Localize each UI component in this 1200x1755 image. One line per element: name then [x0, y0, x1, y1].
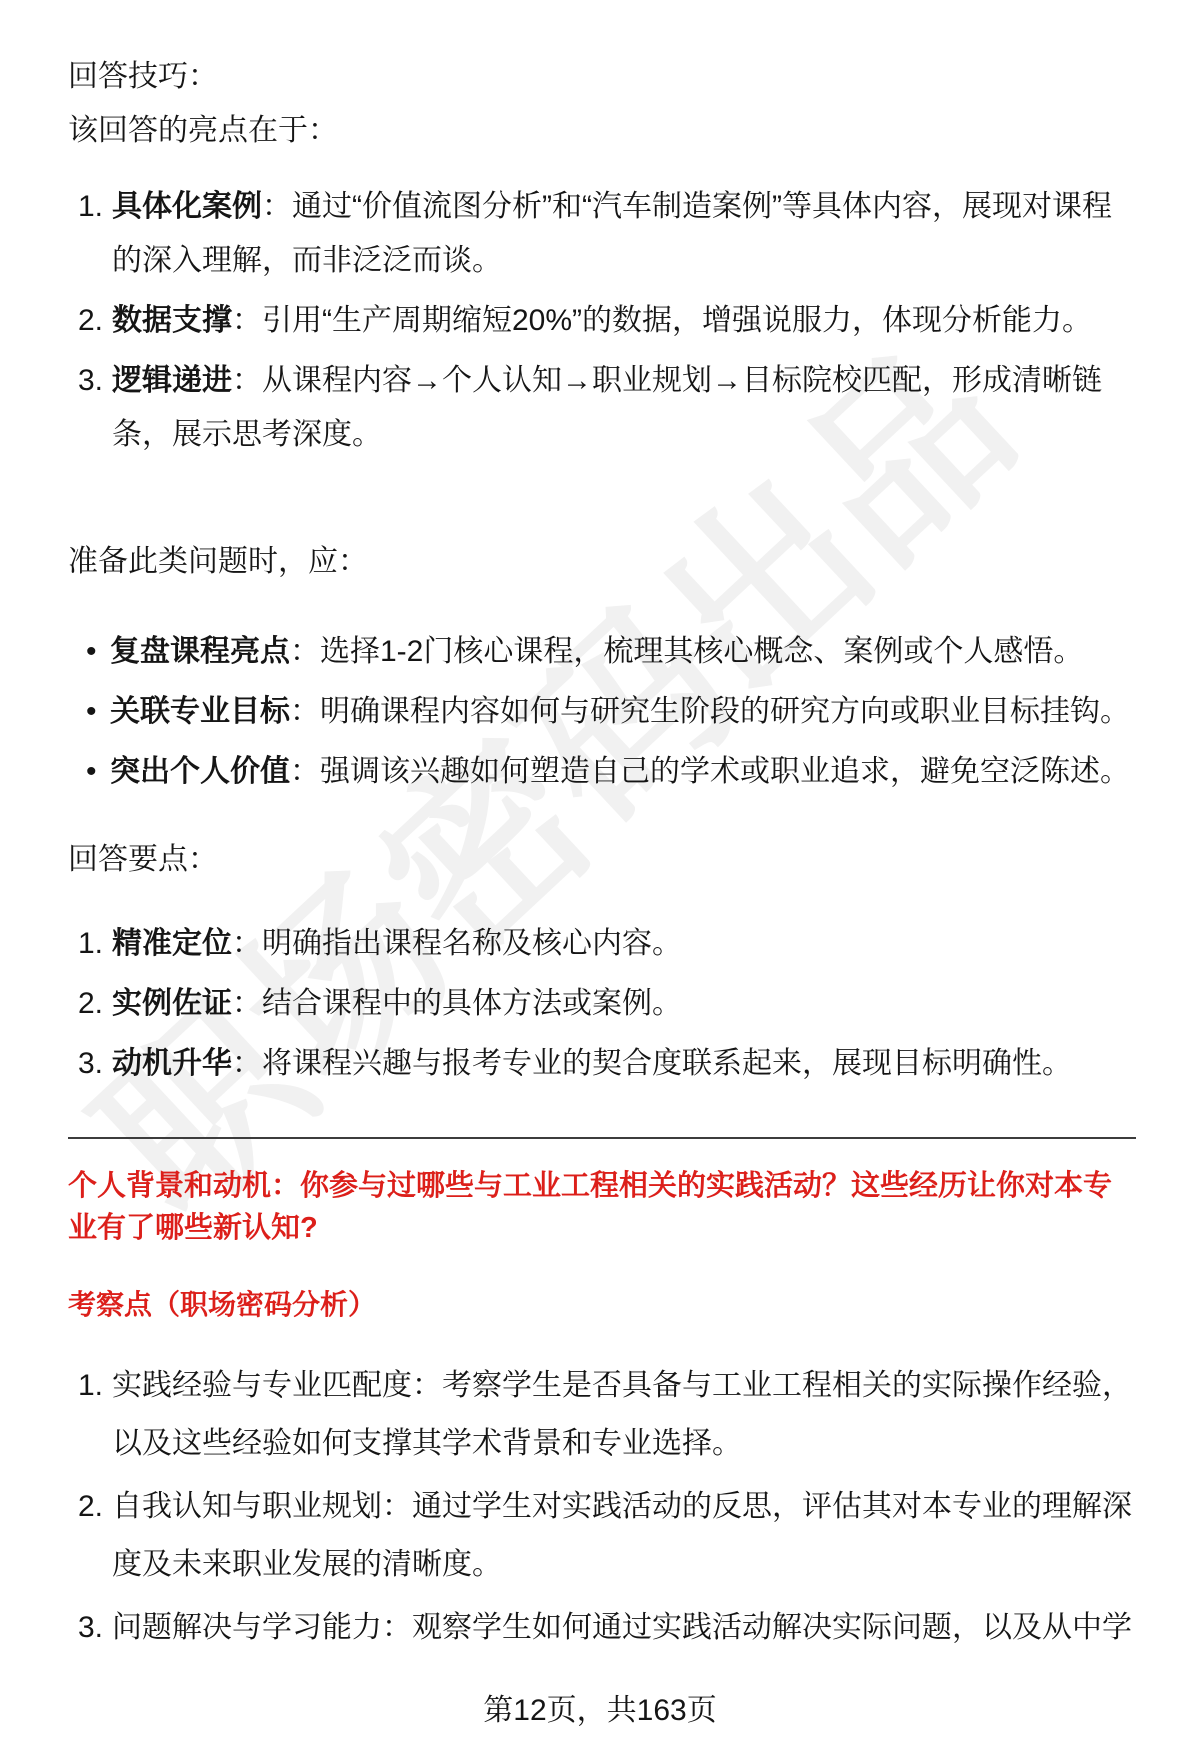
keypoints-heading: 回答要点：: [68, 833, 1136, 887]
page-number-footer: 第12页，共163页: [0, 1685, 1200, 1729]
exam-item-3: 3. 问题解决与学习能力：观察学生如何通过实践活动解决实际问题，以及从中学: [68, 1599, 1136, 1657]
item-text: ：结合课程中的具体方法或案例。: [232, 987, 682, 1020]
exam-points-list: 1. 实践经验与专业匹配度：考察学生是否具备与工业工程相关的实际操作经验，以及这…: [68, 1357, 1136, 1657]
item-text: 自我认知与职业规划：通过学生对实践活动的反思，评估其对本专业的理解深度及未来职业…: [112, 1478, 1136, 1594]
item-text: ：明确课程内容如何与研究生阶段的研究方向或职业目标挂钩。: [290, 695, 1130, 728]
item-number: 2.: [78, 1478, 112, 1594]
item-content: 动机升华：将课程兴趣与报考专业的契合度联系起来，展现目标明确性。: [112, 1037, 1136, 1091]
document-page: 职场密码出品 回答技巧： 该回答的亮点在于： 1. 具体化案例：通过“价值流图分…: [0, 0, 1200, 1755]
prepare-item-3: • 突出个人价值：强调该兴趣如何塑造自己的学术或职业追求，避免空泛陈述。: [68, 745, 1136, 799]
item-content: 实例佐证：结合课程中的具体方法或案例。: [112, 977, 1136, 1031]
highlights-item-1: 1. 具体化案例：通过“价值流图分析”和“汽车制造案例”等具体内容，展现对课程的…: [68, 180, 1136, 288]
item-number: 3.: [78, 1599, 112, 1657]
item-text: ：将课程兴趣与报考专业的契合度联系起来，展现目标明确性。: [232, 1047, 1072, 1080]
item-label: 动机升华: [112, 1047, 232, 1080]
exam-item-2: 2. 自我认知与职业规划：通过学生对实践活动的反思，评估其对本专业的理解深度及未…: [68, 1478, 1136, 1594]
exam-item-1: 1. 实践经验与专业匹配度：考察学生是否具备与工业工程相关的实际操作经验，以及这…: [68, 1357, 1136, 1473]
prepare-heading: 准备此类问题时，应：: [68, 535, 1136, 589]
prepare-list: • 复盘课程亮点：选择1-2门核心课程，梳理其核心概念、案例或个人感悟。 • 关…: [68, 625, 1136, 799]
item-text: ：明确指出课程名称及核心内容。: [232, 927, 682, 960]
item-label: 具体化案例: [112, 190, 262, 223]
keypoints-list: 1. 精准定位：明确指出课程名称及核心内容。 2. 实例佐证：结合课程中的具体方…: [68, 917, 1136, 1091]
item-content: 关联专业目标：明确课程内容如何与研究生阶段的研究方向或职业目标挂钩。: [110, 685, 1136, 739]
highlights-item-2: 2. 数据支撑：引用“生产周期缩短20%”的数据，增强说服力，体现分析能力。: [68, 294, 1136, 348]
item-text: ：从课程内容→个人认知→职业规划→目标院校匹配，形成清晰链条，展示思考深度。: [112, 364, 1102, 451]
highlights-item-3: 3. 逻辑递进：从课程内容→个人认知→职业规划→目标院校匹配，形成清晰链条，展示…: [68, 354, 1136, 462]
item-content: 精准定位：明确指出课程名称及核心内容。: [112, 917, 1136, 971]
item-label: 关联专业目标: [110, 695, 290, 728]
intro-line-answer-technique: 回答技巧：: [68, 50, 1136, 104]
page-content: 回答技巧： 该回答的亮点在于： 1. 具体化案例：通过“价值流图分析”和“汽车制…: [0, 0, 1200, 1657]
highlights-list: 1. 具体化案例：通过“价值流图分析”和“汽车制造案例”等具体内容，展现对课程的…: [68, 180, 1136, 462]
item-number: 3.: [78, 1037, 112, 1091]
item-content: 具体化案例：通过“价值流图分析”和“汽车制造案例”等具体内容，展现对课程的深入理…: [112, 180, 1136, 288]
section-divider: [68, 1137, 1136, 1139]
item-label: 实例佐证: [112, 987, 232, 1020]
item-text: 问题解决与学习能力：观察学生如何通过实践活动解决实际问题，以及从中学: [112, 1599, 1136, 1657]
item-label: 突出个人价值: [110, 755, 290, 788]
item-label: 精准定位: [112, 927, 232, 960]
item-text: ：选择1-2门核心课程，梳理其核心概念、案例或个人感悟。: [290, 635, 1083, 668]
item-label: 逻辑递进: [112, 364, 232, 397]
item-label: 复盘课程亮点: [110, 635, 290, 668]
item-number: 3.: [78, 354, 112, 462]
intro-line-highlights: 该回答的亮点在于：: [68, 104, 1136, 158]
item-label: 数据支撑: [112, 304, 232, 337]
item-number: 2.: [78, 977, 112, 1031]
bullet-icon: •: [86, 625, 110, 679]
prepare-item-1: • 复盘课程亮点：选择1-2门核心课程，梳理其核心概念、案例或个人感悟。: [68, 625, 1136, 679]
item-text: ：强调该兴趣如何塑造自己的学术或职业追求，避免空泛陈述。: [290, 755, 1130, 788]
question-heading: 个人背景和动机：你参与过哪些与工业工程相关的实践活动？这些经历让你对本专业有了哪…: [68, 1165, 1136, 1249]
item-content: 复盘课程亮点：选择1-2门核心课程，梳理其核心概念、案例或个人感悟。: [110, 625, 1136, 679]
exam-points-heading: 考察点（职场密码分析）: [68, 1285, 1136, 1325]
item-content: 数据支撑：引用“生产周期缩短20%”的数据，增强说服力，体现分析能力。: [112, 294, 1136, 348]
item-number: 1.: [78, 180, 112, 288]
item-content: 逻辑递进：从课程内容→个人认知→职业规划→目标院校匹配，形成清晰链条，展示思考深…: [112, 354, 1136, 462]
item-text: ：通过“价值流图分析”和“汽车制造案例”等具体内容，展现对课程的深入理解，而非泛…: [112, 190, 1112, 277]
item-text: 实践经验与专业匹配度：考察学生是否具备与工业工程相关的实际操作经验，以及这些经验…: [112, 1357, 1136, 1473]
keypoints-item-1: 1. 精准定位：明确指出课程名称及核心内容。: [68, 917, 1136, 971]
bullet-icon: •: [86, 745, 110, 799]
item-number: 1.: [78, 1357, 112, 1473]
keypoints-item-3: 3. 动机升华：将课程兴趣与报考专业的契合度联系起来，展现目标明确性。: [68, 1037, 1136, 1091]
item-number: 2.: [78, 294, 112, 348]
item-text: ：引用“生产周期缩短20%”的数据，增强说服力，体现分析能力。: [232, 304, 1092, 337]
keypoints-item-2: 2. 实例佐证：结合课程中的具体方法或案例。: [68, 977, 1136, 1031]
item-number: 1.: [78, 917, 112, 971]
bullet-icon: •: [86, 685, 110, 739]
item-content: 突出个人价值：强调该兴趣如何塑造自己的学术或职业追求，避免空泛陈述。: [110, 745, 1136, 799]
prepare-item-2: • 关联专业目标：明确课程内容如何与研究生阶段的研究方向或职业目标挂钩。: [68, 685, 1136, 739]
